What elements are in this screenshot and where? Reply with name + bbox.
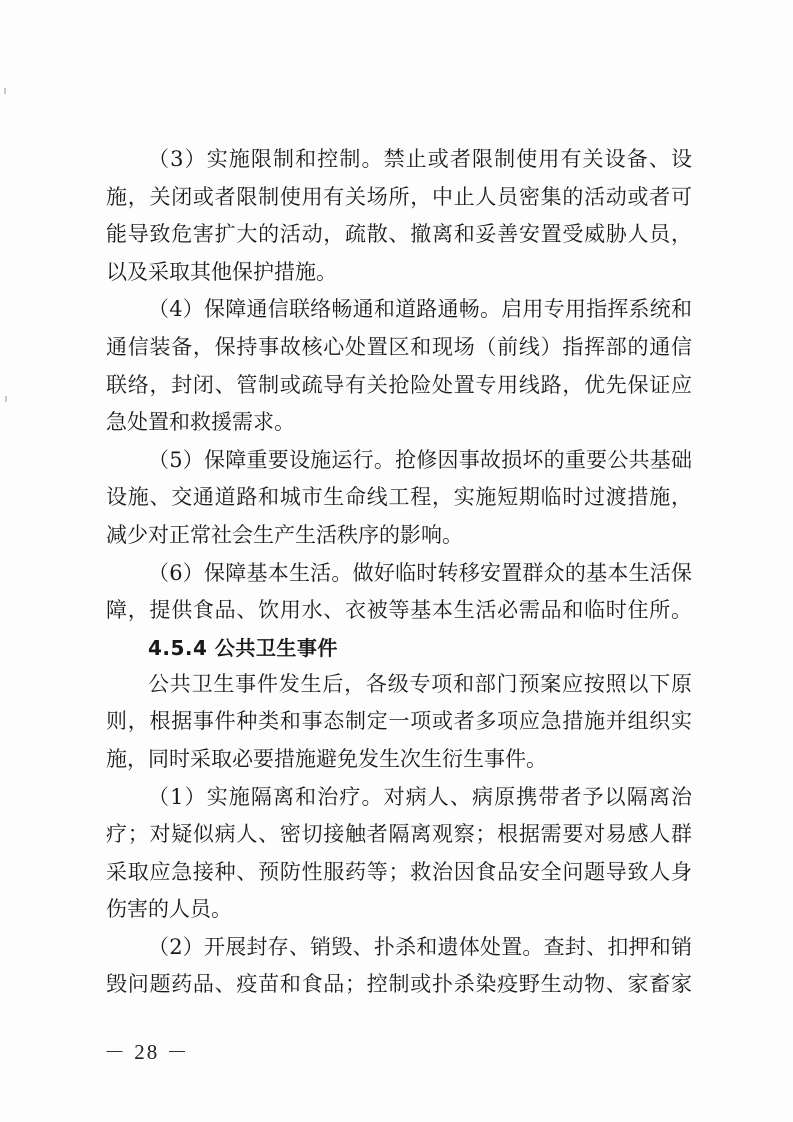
text-line: 采取应急接种、预防性服药等；救治因食品安全问题导致人身: [106, 854, 692, 892]
text-line: 以及采取其他保护措施。: [106, 254, 692, 292]
text-line: 施，关闭或者限制使用有关场所，中止人员密集的活动或者可: [106, 179, 692, 217]
text-line: （5）保障重要设施运行。抢修因事故损坏的重要公共基础: [106, 442, 692, 480]
text-line: 联络，封闭、管制或疏导有关抢险处置专用线路，优先保证应: [106, 367, 692, 405]
text-line: 毁问题药品、疫苗和食品；控制或扑杀染疫野生动物、家畜家: [106, 966, 692, 1004]
text-line: 施，同时采取必要措施避免发生次生衍生事件。: [106, 741, 692, 779]
text-line: （1）实施隔离和治疗。对病人、病原携带者予以隔离治: [106, 779, 692, 817]
text-line: 减少对正常社会生产生活秩序的影响。: [106, 517, 692, 555]
text-line: 障，提供食品、饮用水、衣被等基本生活必需品和临时住所。: [106, 592, 692, 630]
body-text: （3）实施限制和控制。禁止或者限制使用有关设备、设 施，关闭或者限制使用有关场所…: [106, 141, 692, 1004]
text-line: （4）保障通信联络畅通和道路通畅。启用专用指挥系统和: [106, 291, 692, 329]
paragraph-item-3: （3）实施限制和控制。禁止或者限制使用有关设备、设 施，关闭或者限制使用有关场所…: [106, 141, 692, 291]
text-line: 公共卫生事件发生后，各级专项和部门预案应按照以下原: [106, 666, 692, 704]
paragraph-item-1: （1）实施隔离和治疗。对病人、病原携带者予以隔离治 疗；对疑似病人、密切接触者隔…: [106, 779, 692, 929]
page-number: － 28 －: [104, 1036, 190, 1066]
text-line: （2）开展封存、销毁、扑杀和遗体处置。查封、扣押和销: [106, 929, 692, 967]
paragraph-intro: 公共卫生事件发生后，各级专项和部门预案应按照以下原 则，根据事件种类和事态制定一…: [106, 666, 692, 779]
scan-edge-mark: [5, 396, 7, 402]
section-heading: 4.5.4 公共卫生事件: [106, 630, 692, 666]
text-line: 设施、交通道路和城市生命线工程，实施短期临时过渡措施，: [106, 479, 692, 517]
scan-edge-mark: [4, 88, 6, 94]
text-line: 疗；对疑似病人、密切接触者隔离观察；根据需要对易感人群: [106, 816, 692, 854]
text-line: 伤害的人员。: [106, 891, 692, 929]
text-line: （6）保障基本生活。做好临时转移安置群众的基本生活保: [106, 555, 692, 593]
text-line: 通信装备，保持事故核心处置区和现场（前线）指挥部的通信: [106, 329, 692, 367]
text-line: 则，根据事件种类和事态制定一项或者多项应急措施并组织实: [106, 703, 692, 741]
paragraph-item-2: （2）开展封存、销毁、扑杀和遗体处置。查封、扣押和销 毁问题药品、疫苗和食品；控…: [106, 929, 692, 1004]
text-line: 急处置和救援需求。: [106, 404, 692, 442]
paragraph-item-4: （4）保障通信联络畅通和道路通畅。启用专用指挥系统和 通信装备，保持事故核心处置…: [106, 291, 692, 441]
text-line: 能导致危害扩大的活动，疏散、撤离和妥善安置受威胁人员，: [106, 216, 692, 254]
paragraph-item-5: （5）保障重要设施运行。抢修因事故损坏的重要公共基础 设施、交通道路和城市生命线…: [106, 442, 692, 555]
document-page: （3）实施限制和控制。禁止或者限制使用有关设备、设 施，关闭或者限制使用有关场所…: [0, 0, 793, 1122]
text-line: （3）实施限制和控制。禁止或者限制使用有关设备、设: [106, 141, 692, 179]
paragraph-item-6: （6）保障基本生活。做好临时转移安置群众的基本生活保 障，提供食品、饮用水、衣被…: [106, 555, 692, 630]
